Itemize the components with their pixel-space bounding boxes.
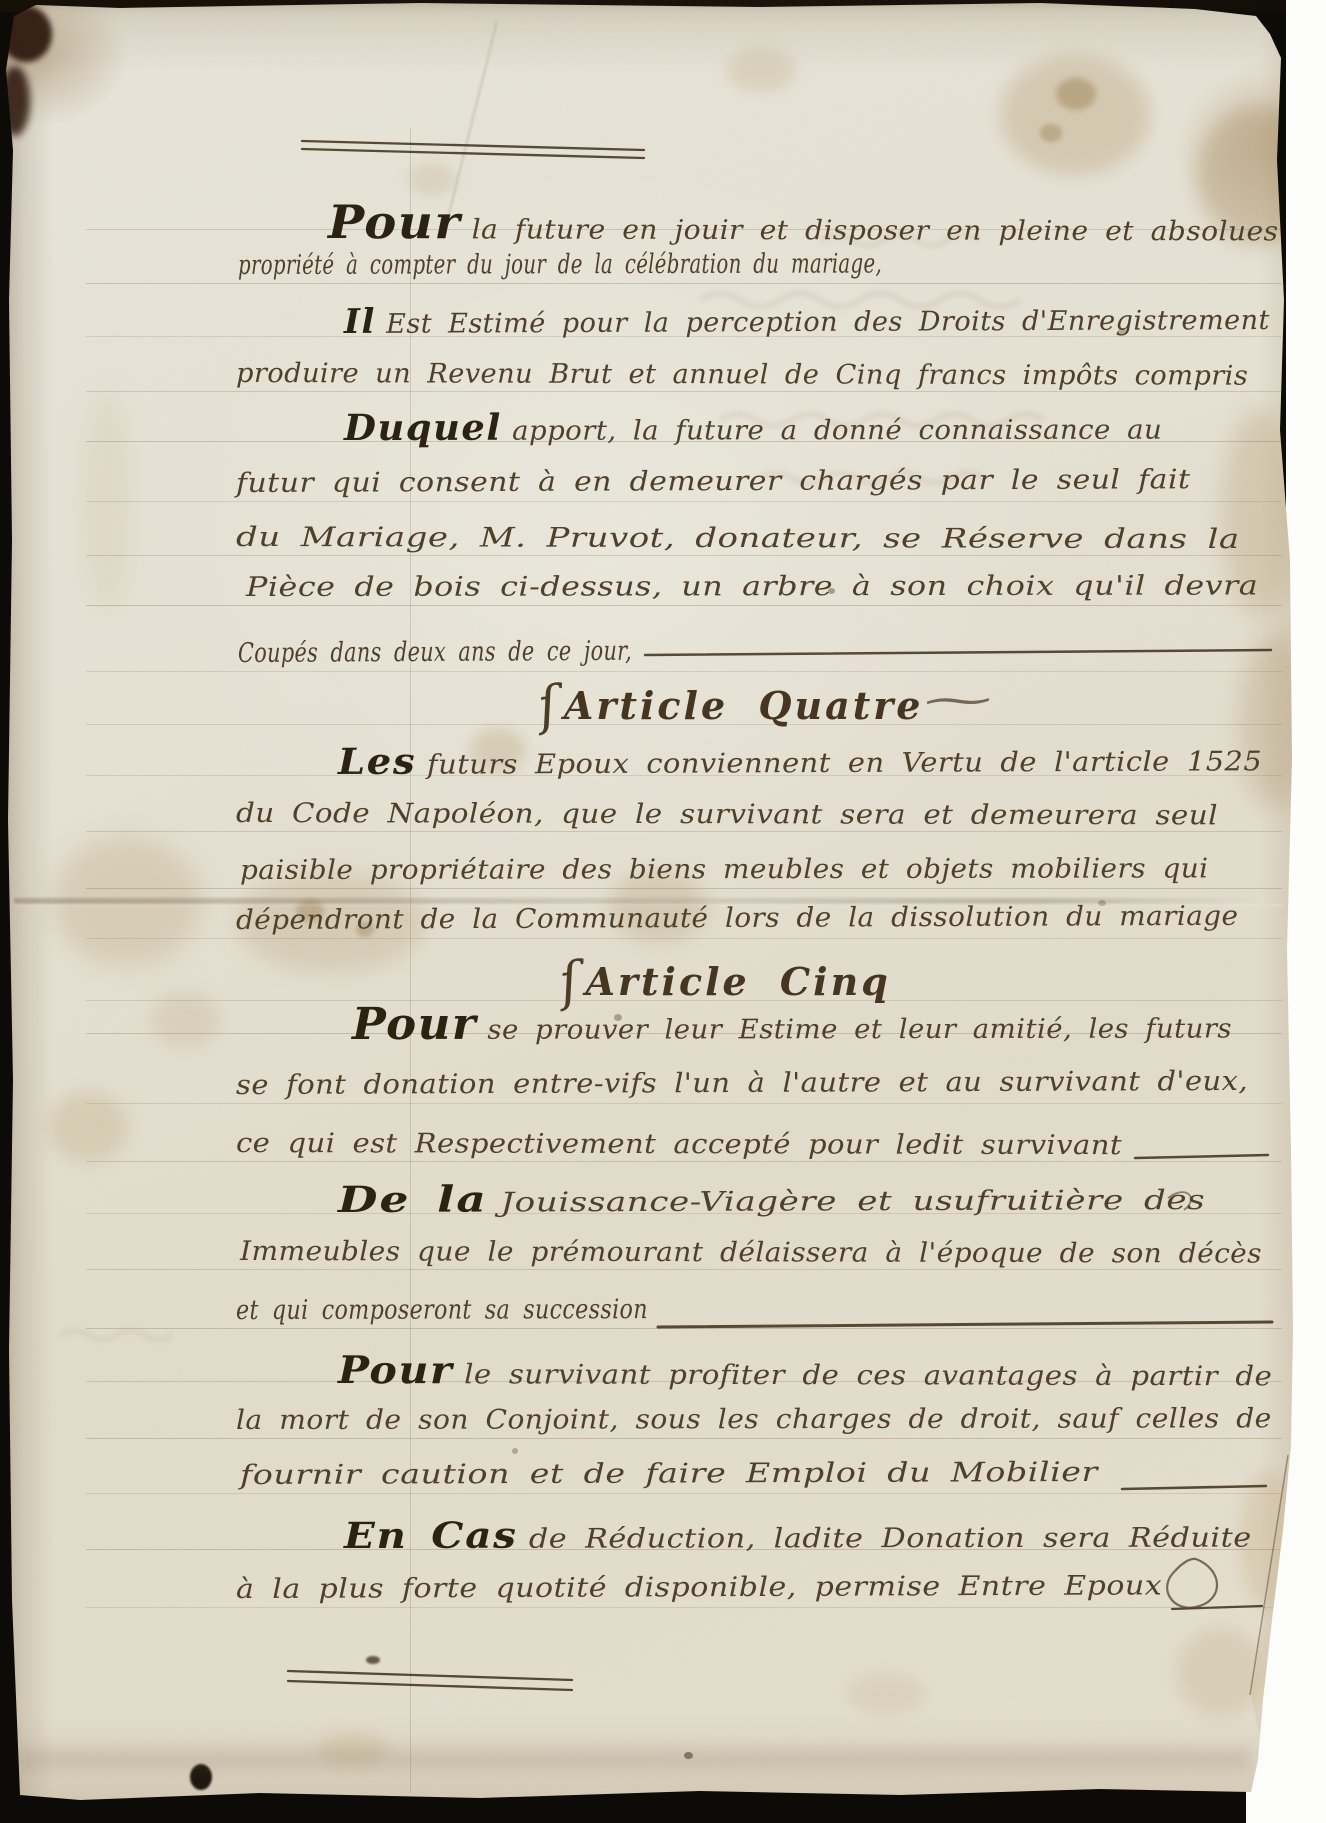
ink-rule [1172, 1606, 1262, 1609]
stain [1000, 55, 1150, 175]
stain [48, 1092, 128, 1162]
manuscript-line: ce qui est Respectivement accepté pour l… [236, 1128, 1122, 1161]
stain [52, 836, 202, 966]
manuscript-line: Lesfuturs Epoux conviennent en Vertu de … [338, 738, 1262, 783]
manuscript-line: Pièce de bois ci-dessus, un arbre à son … [246, 571, 1258, 604]
line-text: propriété à compter du jour de la célébr… [238, 248, 882, 281]
scanned-manuscript-page: Pourla future en jouir et disposer en pl… [0, 0, 1326, 1823]
line-text: futur qui consent à en demeurer chargés … [236, 464, 1191, 499]
line-text: dépendront de la Communauté lors de la d… [236, 901, 1239, 936]
baseline-guide [86, 501, 1282, 502]
baseline-guide [86, 938, 1282, 939]
stain [1040, 124, 1062, 142]
manuscript-line: du Code Napoléon, que le survivant sera … [236, 798, 1218, 831]
ink-rule [302, 141, 644, 150]
line-text: le survivant profiter de ces avantages à… [464, 1359, 1272, 1392]
lead-word: Pour [338, 1347, 453, 1392]
ink-rule [288, 1681, 572, 1690]
ink-rule [302, 149, 644, 158]
manuscript-line: Pourle survivant profiter de ces avantag… [338, 1348, 1272, 1394]
line-text: fournir caution et de faire Emploi du Mo… [240, 1457, 1098, 1491]
heading-text: Article Quatre [564, 683, 924, 728]
line-text: futurs Epoux conviennent en Vertu de l'a… [427, 746, 1262, 780]
baseline-guide [86, 555, 1282, 556]
line-text: Pièce de bois ci-dessus, un arbre à son … [246, 571, 1258, 603]
torn-edge-mark [0, 66, 30, 136]
heading-text: Article Cinq [585, 959, 890, 1004]
manuscript-line: propriété à compter du jour de la célébr… [238, 248, 882, 281]
baseline-guide [86, 888, 1282, 889]
manuscript-line: du Mariage, M. Pruvot, donateur, se Rése… [236, 522, 1240, 555]
stain [1176, 1628, 1266, 1718]
manuscript-line: à la plus forte quotité disponible, perm… [236, 1570, 1162, 1605]
manuscript-line: la mort de son Conjoint, sous les charge… [236, 1403, 1272, 1436]
stain [726, 48, 796, 92]
line-text: Immeubles que le prémourant délaissera à… [240, 1236, 1262, 1270]
baseline-guide [86, 1438, 1282, 1439]
line-text: apport, la future a donné connaissance a… [512, 415, 1162, 447]
ink-speck [366, 1656, 380, 1664]
ink-rule [658, 1322, 1272, 1327]
manuscript-line: Pourse prouver leur Estime et leur amiti… [352, 998, 1232, 1050]
manuscript-line: De laJouissance-Viagère et usufruitière … [338, 1177, 1205, 1221]
ink-rule [288, 1671, 572, 1680]
manuscript-line: et qui composeront sa succession [236, 1294, 648, 1326]
line-text: se font donation entre-vifs l'un à l'aut… [236, 1066, 1248, 1101]
manuscript-line: Coupés dans deux ans de ce jour, [238, 636, 632, 669]
line-text: du Code Napoléon, que le survivant sera … [236, 798, 1218, 831]
line-text: de Réduction, ladite Donation sera Rédui… [529, 1523, 1252, 1555]
line-text: Coupés dans deux ans de ce jour, [238, 636, 632, 669]
stain [150, 992, 220, 1048]
ink-rule [645, 650, 1271, 655]
lead-word: En Cas [344, 1515, 518, 1557]
line-text: la future en jouir et disposer en pleine… [472, 214, 1279, 247]
baseline-guide [86, 283, 1282, 284]
baseline-guide [86, 1103, 1282, 1104]
lead-word: Pour [328, 195, 461, 249]
paper-crease [20, 1748, 1250, 1770]
line-text: la mort de son Conjoint, sous les charge… [236, 1403, 1272, 1436]
manuscript-line: se font donation entre-vifs l'un à l'aut… [236, 1066, 1248, 1101]
line-text: ce qui est Respectivement accepté pour l… [236, 1128, 1122, 1161]
paper-sheet: Pourla future en jouir et disposer en pl… [0, 0, 1326, 1823]
ink-rule [1135, 1155, 1268, 1158]
line-text: du Mariage, M. Pruvot, donateur, se Rése… [236, 522, 1240, 555]
manuscript-line: dépendront de la Communauté lors de la d… [236, 901, 1239, 936]
lead-word: Les [338, 741, 416, 783]
baseline-guide [86, 1328, 1282, 1329]
baseline-guide [86, 1607, 1282, 1608]
line-text: produire un Revenu Brut et annuel de Cin… [236, 358, 1248, 392]
line-text: Jouissance-Viagère et usufruitière des [500, 1185, 1205, 1218]
line-text: se prouver leur Estime et leur amitié, l… [487, 1013, 1232, 1045]
ink-rule [1122, 1486, 1266, 1489]
stain [1056, 78, 1096, 110]
ink-speck [512, 1448, 518, 1454]
lead-word: De la [338, 1178, 488, 1221]
manuscript-line: paisible propriétaire des biens meubles … [240, 853, 1208, 886]
article-heading: ſArticle Quatre~ [538, 672, 959, 732]
closing-flourish [1167, 1559, 1217, 1608]
baseline-guide [86, 1493, 1282, 1494]
manuscript-line: futur qui consent à en demeurer chargés … [236, 464, 1191, 499]
manuscript-line: IlEst Estimé pour la perception des Droi… [344, 299, 1270, 342]
manuscript-line: Pourla future en jouir et disposer en pl… [328, 196, 1279, 251]
torn-corner-mark [0, 6, 52, 62]
line-text: à la plus forte quotité disponible, perm… [236, 1570, 1162, 1605]
baseline-guide [86, 831, 1282, 832]
lead-word: Il [344, 302, 376, 342]
heading-flourish-tail: ~ [916, 678, 1007, 722]
heading-flourish: ſ [534, 675, 564, 738]
manuscript-line: produire un Revenu Brut et annuel de Cin… [236, 358, 1248, 392]
line-text: et qui composeront sa succession [236, 1294, 648, 1326]
lead-word: Duquel [344, 407, 502, 449]
baseline-guide [86, 605, 1282, 606]
manuscript-line: En Casde Réduction, ladite Donation sera… [344, 1515, 1252, 1558]
line-text: paisible propriétaire des biens meubles … [240, 853, 1208, 886]
manuscript-line: Immeubles que le prémourant délaissera à… [240, 1236, 1262, 1270]
stain [408, 162, 456, 196]
lead-word: Pour [352, 999, 477, 1050]
stain [82, 390, 132, 610]
line-text: Est Estimé pour la perception des Droits… [386, 305, 1270, 340]
manuscript-line: fournir caution et de faire Emploi du Mo… [240, 1457, 1098, 1491]
manuscript-line: Duquelapport, la future a donné connaiss… [344, 407, 1162, 450]
stain [846, 1672, 926, 1716]
